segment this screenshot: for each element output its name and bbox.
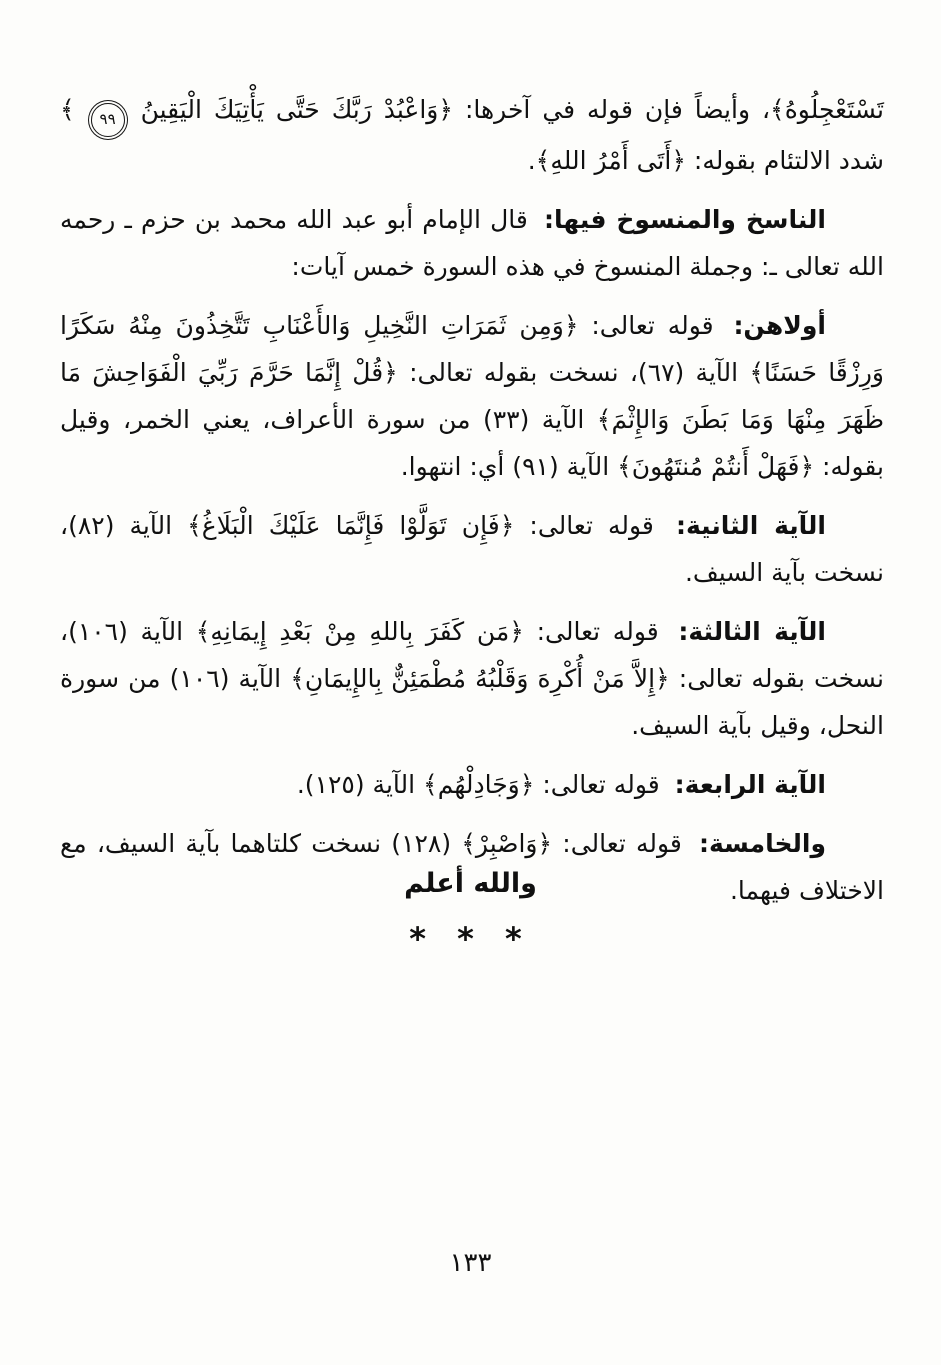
paragraph-first-ayah: أولاهن: قوله تعالى: ﴿وَمِن ثَمَرَاتِ الن… (60, 302, 884, 490)
paragraph-second-ayah: الآية الثانية: قوله تعالى: ﴿فَإِن تَوَلَ… (60, 502, 884, 596)
paragraph-third-ayah: الآية الثالثة: قوله تعالى: ﴿مَن كَفَرَ ب… (60, 608, 884, 749)
paragraph-fourth-ayah: الآية الرابعة: قوله تعالى: ﴿وَجَادِلْهُم… (60, 761, 884, 808)
page-number: ١٣٣ (0, 1248, 941, 1278)
paragraph-nasikh-mansukh: الناسخ والمنسوخ فيها: قال الإمام أبو عبد… (60, 196, 884, 290)
closing-phrase: والله أعلم (0, 868, 941, 899)
book-page: تَسْتَعْجِلُوهُ﴾، وأيضاً فإن قوله في آخر… (0, 0, 941, 1365)
ayah-number: ٩٩ (100, 112, 116, 127)
page-body: تَسْتَعْجِلُوهُ﴾، وأيضاً فإن قوله في آخر… (60, 86, 884, 926)
body-text: قوله تعالى: ﴿وَجَادِلْهُم﴾ الآية (١٢٥). (297, 770, 660, 799)
section-lead: الناسخ والمنسوخ فيها: (544, 205, 826, 234)
section-lead: الآية الثالثة: (678, 617, 826, 646)
ayah-number-rosette: ٩٩ (91, 103, 125, 137)
section-lead: أولاهن: (733, 311, 826, 340)
paragraph-fifth-ayah: والخامسة: قوله تعالى: ﴿وَاصْبِرْ﴾ (١٢٨) … (60, 820, 884, 914)
body-text: تَسْتَعْجِلُوهُ﴾، وأيضاً فإن قوله في آخر… (141, 95, 884, 124)
section-lead: والخامسة: (699, 829, 826, 858)
section-lead: الآية الرابعة: (675, 770, 826, 799)
paragraph-continuation: تَسْتَعْجِلُوهُ﴾، وأيضاً فإن قوله في آخر… (60, 86, 884, 184)
asterisk-separator: * * * (0, 920, 941, 958)
section-lead: الآية الثانية: (676, 511, 826, 540)
